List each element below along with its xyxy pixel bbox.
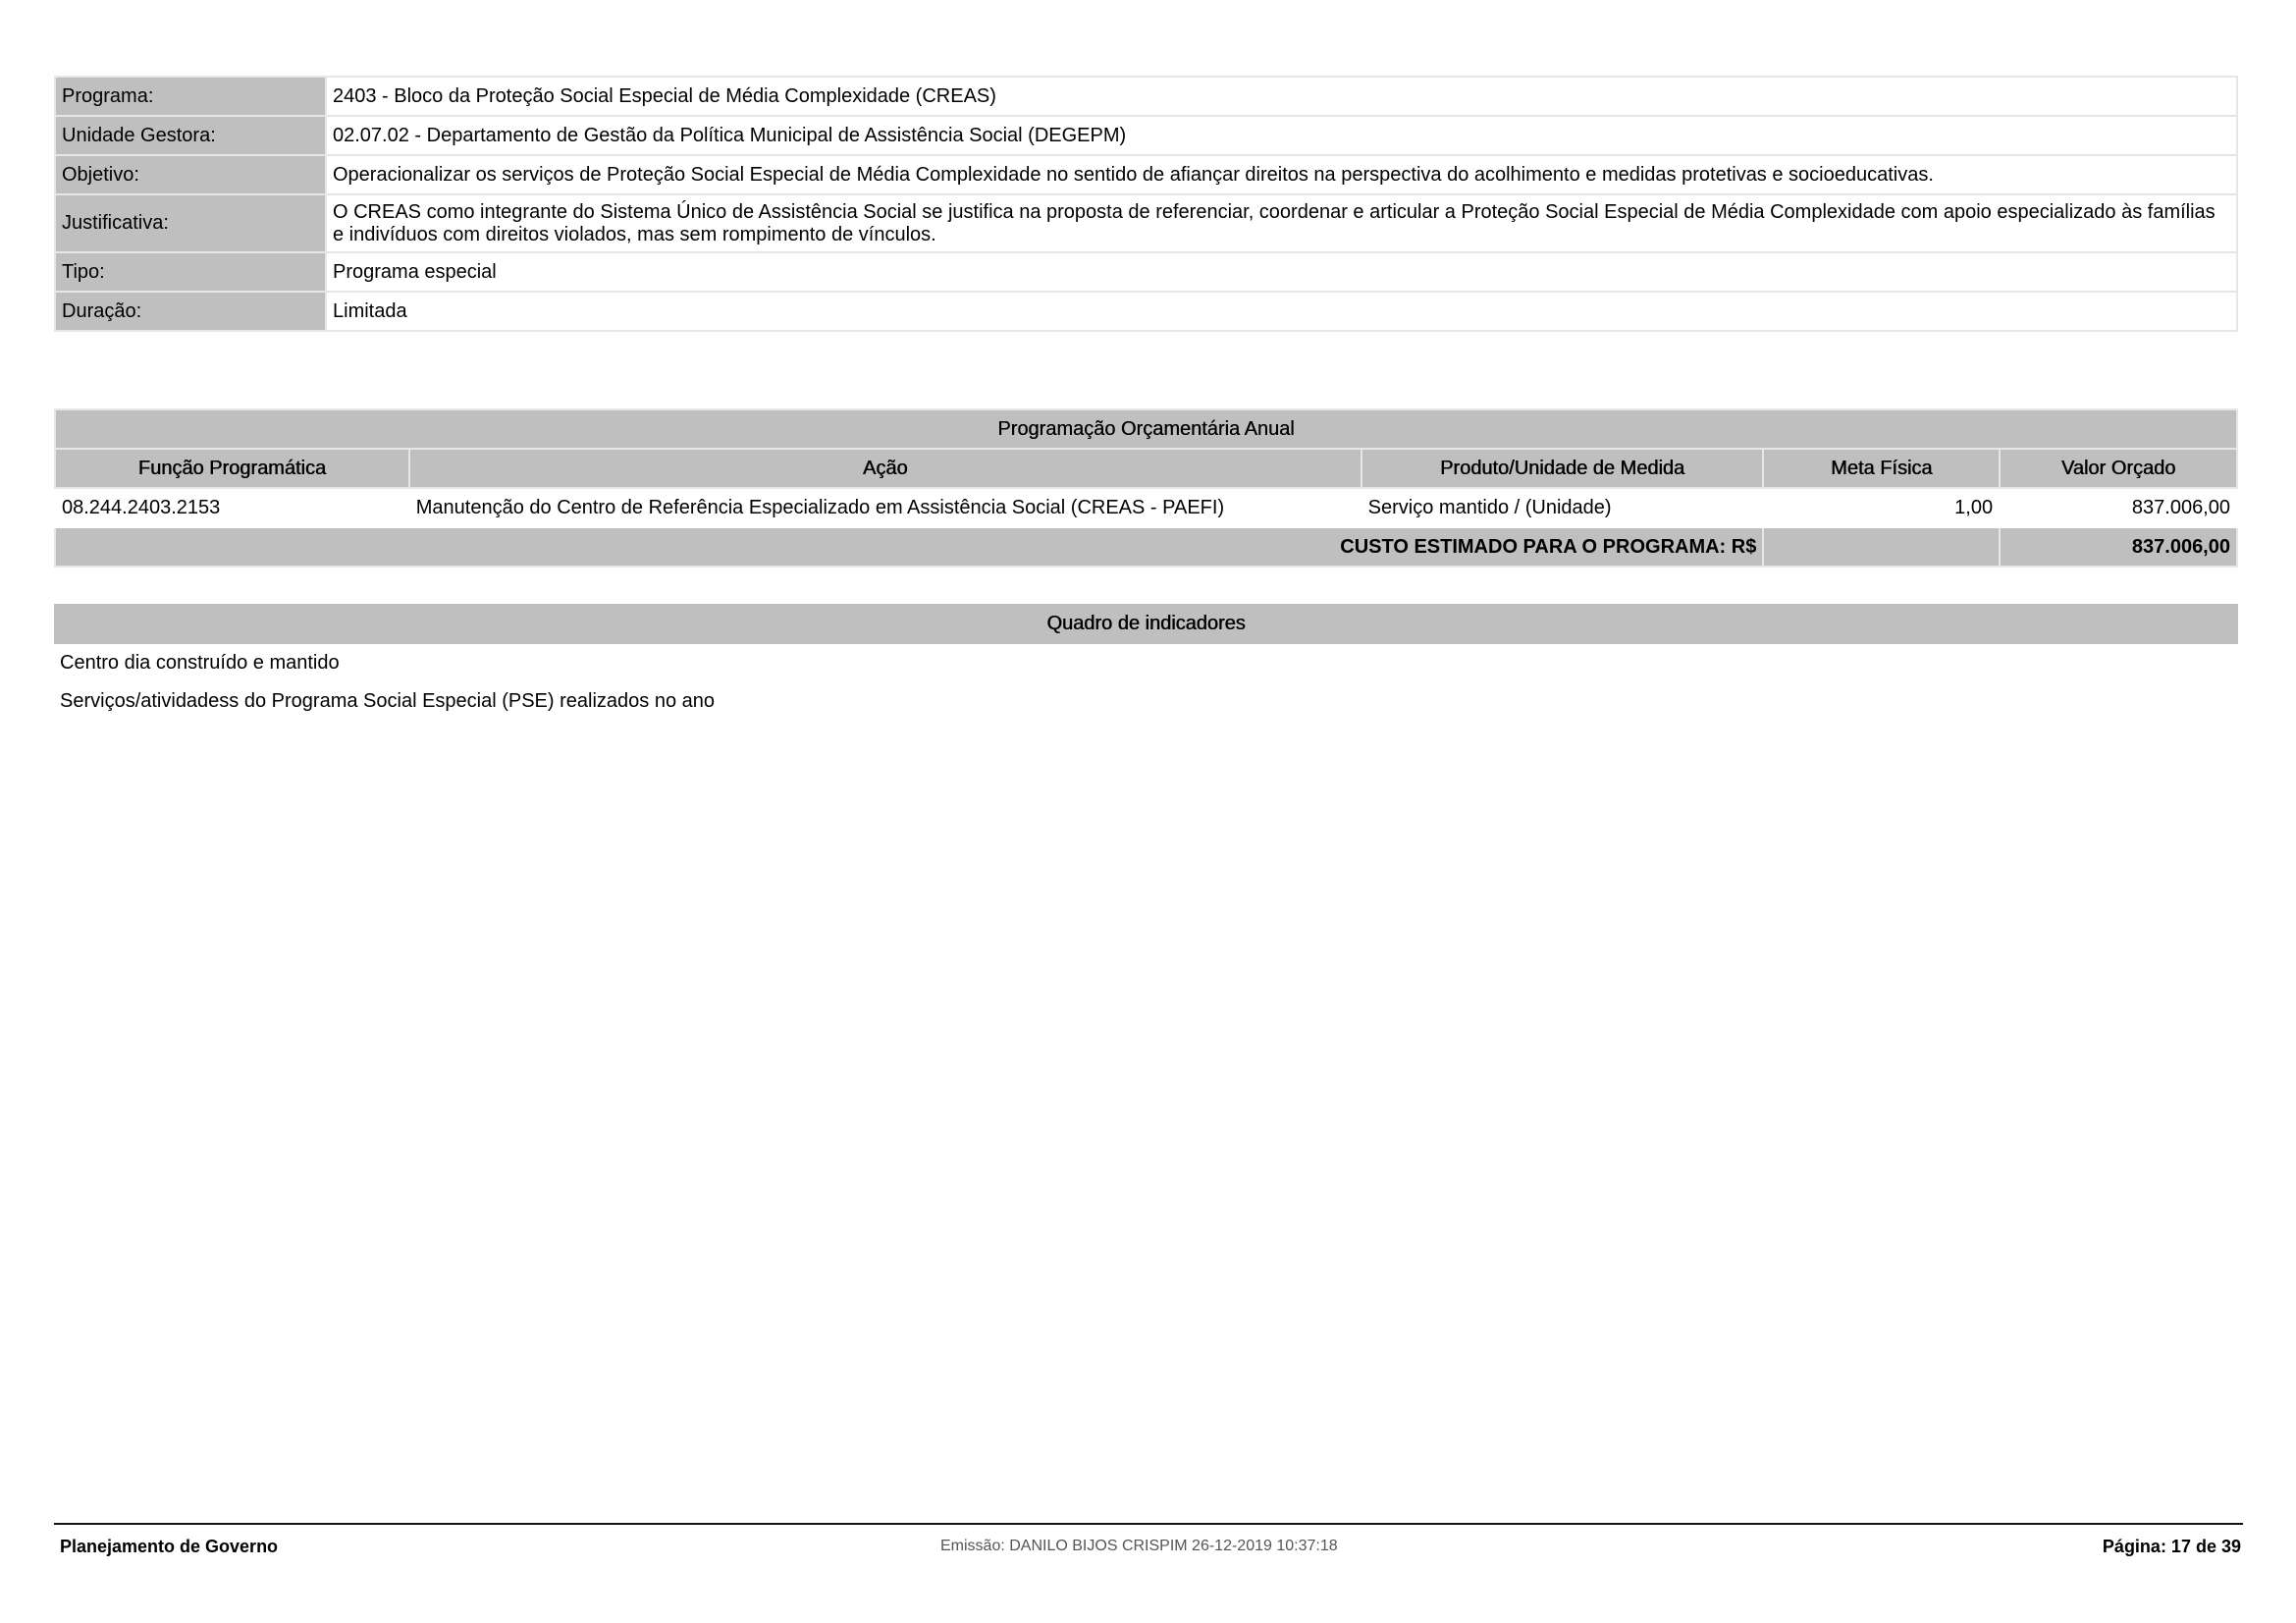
total-empty-cell: [1763, 527, 2000, 567]
cell-acao: Manutenção do Centro de Referência Espec…: [409, 488, 1362, 527]
footer-org: Planejamento de Governo: [60, 1535, 278, 1558]
cell-funcao: 08.244.2403.2153: [55, 488, 409, 527]
indicator-item: Serviços/atividadess do Programa Social …: [60, 689, 715, 713]
footer-page-number: Página: 17 de 39: [2103, 1535, 2241, 1558]
indicator-item: Centro dia construído e mantido: [60, 651, 340, 675]
program-info-table: Programa: 2403 - Bloco da Proteção Socia…: [54, 76, 2238, 332]
col-header-acao: Ação: [409, 449, 1362, 488]
info-value: Programa especial: [326, 252, 2237, 292]
info-label: Programa:: [55, 77, 326, 116]
total-value: 837.006,00: [2000, 527, 2237, 567]
info-label: Tipo:: [55, 252, 326, 292]
info-value: 2403 - Bloco da Proteção Social Especial…: [326, 77, 2237, 116]
cell-produto: Serviço mantido / (Unidade): [1362, 488, 1764, 527]
col-header-produto: Produto/Unidade de Medida: [1362, 449, 1764, 488]
footer-divider: [54, 1523, 2243, 1525]
info-label: Justificativa:: [55, 194, 326, 252]
col-header-valor: Valor Orçado: [2000, 449, 2237, 488]
col-header-meta: Meta Física: [1763, 449, 2000, 488]
info-value: Operacionalizar os serviços de Proteção …: [326, 155, 2237, 194]
info-label: Objetivo:: [55, 155, 326, 194]
info-value: Limitada: [326, 292, 2237, 331]
budget-total-row: CUSTO ESTIMADO PARA O PROGRAMA: R$ 837.0…: [55, 527, 2237, 567]
col-header-funcao: Função Programática: [55, 449, 409, 488]
budget-title: Programação Orçamentária Anual: [55, 409, 2237, 449]
cell-meta: 1,00: [1763, 488, 2000, 527]
footer-emission: Emissão: DANILO BIJOS CRISPIM 26-12-2019…: [940, 1535, 1338, 1558]
info-label: Unidade Gestora:: [55, 116, 326, 155]
cell-valor: 837.006,00: [2000, 488, 2237, 527]
info-row-unidade-gestora: Unidade Gestora: 02.07.02 - Departamento…: [55, 116, 2237, 155]
info-row-objetivo: Objetivo: Operacionalizar os serviços de…: [55, 155, 2237, 194]
info-value: 02.07.02 - Departamento de Gestão da Pol…: [326, 116, 2237, 155]
info-row-justificativa: Justificativa: O CREAS como integrante d…: [55, 194, 2237, 252]
table-row: 08.244.2403.2153 Manutenção do Centro de…: [55, 488, 2237, 527]
total-label: CUSTO ESTIMADO PARA O PROGRAMA: R$: [55, 527, 1763, 567]
budget-header-row: Função Programática Ação Produto/Unidade…: [55, 449, 2237, 488]
budget-title-row: Programação Orçamentária Anual: [55, 409, 2237, 449]
info-row-tipo: Tipo: Programa especial: [55, 252, 2237, 292]
indicators-title: Quadro de indicadores: [54, 604, 2238, 644]
info-row-duracao: Duração: Limitada: [55, 292, 2237, 331]
budget-table: Programação Orçamentária Anual Função Pr…: [54, 408, 2238, 568]
info-label: Duração:: [55, 292, 326, 331]
info-row-programa: Programa: 2403 - Bloco da Proteção Socia…: [55, 77, 2237, 116]
info-value: O CREAS como integrante do Sistema Único…: [326, 194, 2237, 252]
